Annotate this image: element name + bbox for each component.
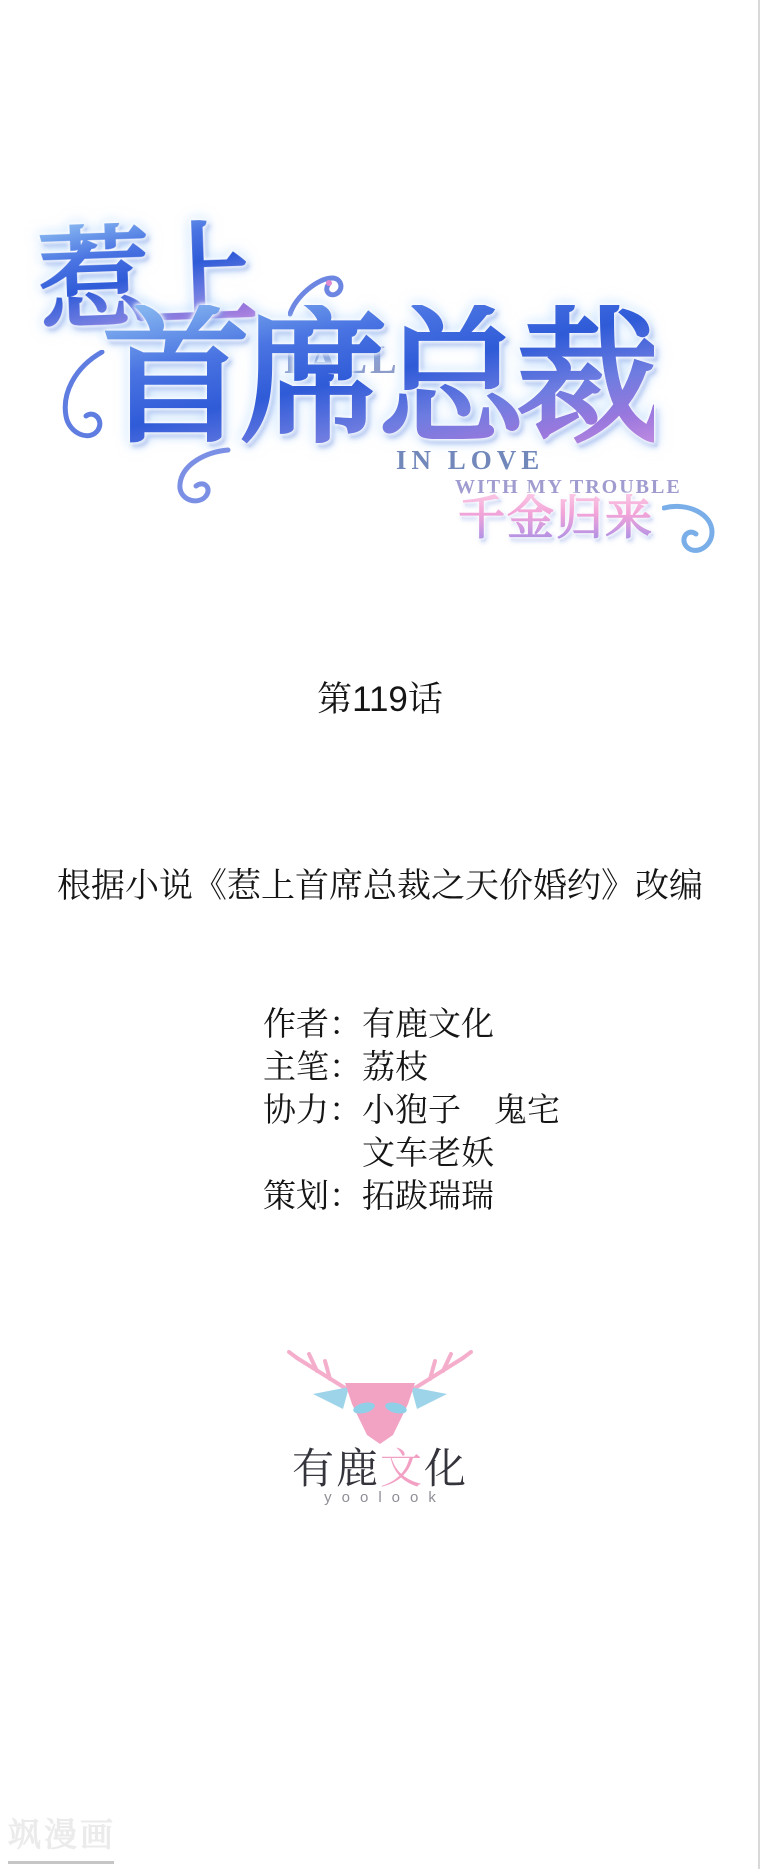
credit-row-assistants: 协力： 小狍子 鬼宅 [263, 1092, 560, 1135]
deer-logo-icon [285, 1346, 475, 1446]
credit-value: 拓跋瑞瑞 [362, 1178, 494, 1214]
comic-title-page: { "logo": { "title_prefix": "惹上", "title… [0, 0, 760, 1869]
credit-row-author: 作者： 有鹿文化 [263, 1006, 560, 1049]
credit-value: 文车老妖 [362, 1135, 494, 1171]
publisher-char: 文 [380, 1445, 424, 1492]
credit-row-planner: 策划： 拓跋瑞瑞 [263, 1178, 560, 1221]
publisher-romanized: yoolook [0, 1490, 760, 1505]
credit-row-assistants-cont: 文车老妖 [263, 1135, 560, 1178]
episode-title: 第119话 [0, 682, 760, 717]
adaptation-note: 根据小说《惹上首席总裁之天价婚约》改编 [0, 869, 760, 903]
publisher-name: 有鹿文化 [0, 1448, 760, 1490]
watermark-underline [8, 1861, 114, 1864]
publisher-char: 鹿 [336, 1445, 380, 1492]
logo-english-in-love: IN LOVE [396, 447, 544, 474]
credit-value: 有鹿文化 [362, 1006, 494, 1042]
swirl-bottom-icon [170, 446, 232, 508]
swirl-left-icon [56, 350, 108, 446]
platform-watermark: 飒漫画 [8, 1818, 116, 1851]
publisher-char: 化 [424, 1445, 468, 1492]
credits-block: 作者： 有鹿文化 主笔： 荔枝 协力： 小狍子 鬼宅 文车老妖 策划： 拓跋瑞瑞 [263, 1006, 560, 1221]
credit-label: 作者： [263, 1006, 362, 1042]
logo-title-main: 首席总裁 [102, 305, 654, 453]
credit-label: 协力： [263, 1092, 362, 1128]
credit-value: 小狍子 鬼宅 [362, 1092, 560, 1128]
credit-row-lead-artist: 主笔： 荔枝 [263, 1049, 560, 1092]
logo-subtitle: 千金归来 [458, 494, 654, 541]
swirl-right-icon [662, 500, 716, 558]
publisher-char: 有 [292, 1445, 336, 1492]
credit-value: 荔枝 [362, 1049, 428, 1085]
credit-label: 策划： [263, 1178, 362, 1214]
credit-label: 主笔： [263, 1049, 362, 1085]
